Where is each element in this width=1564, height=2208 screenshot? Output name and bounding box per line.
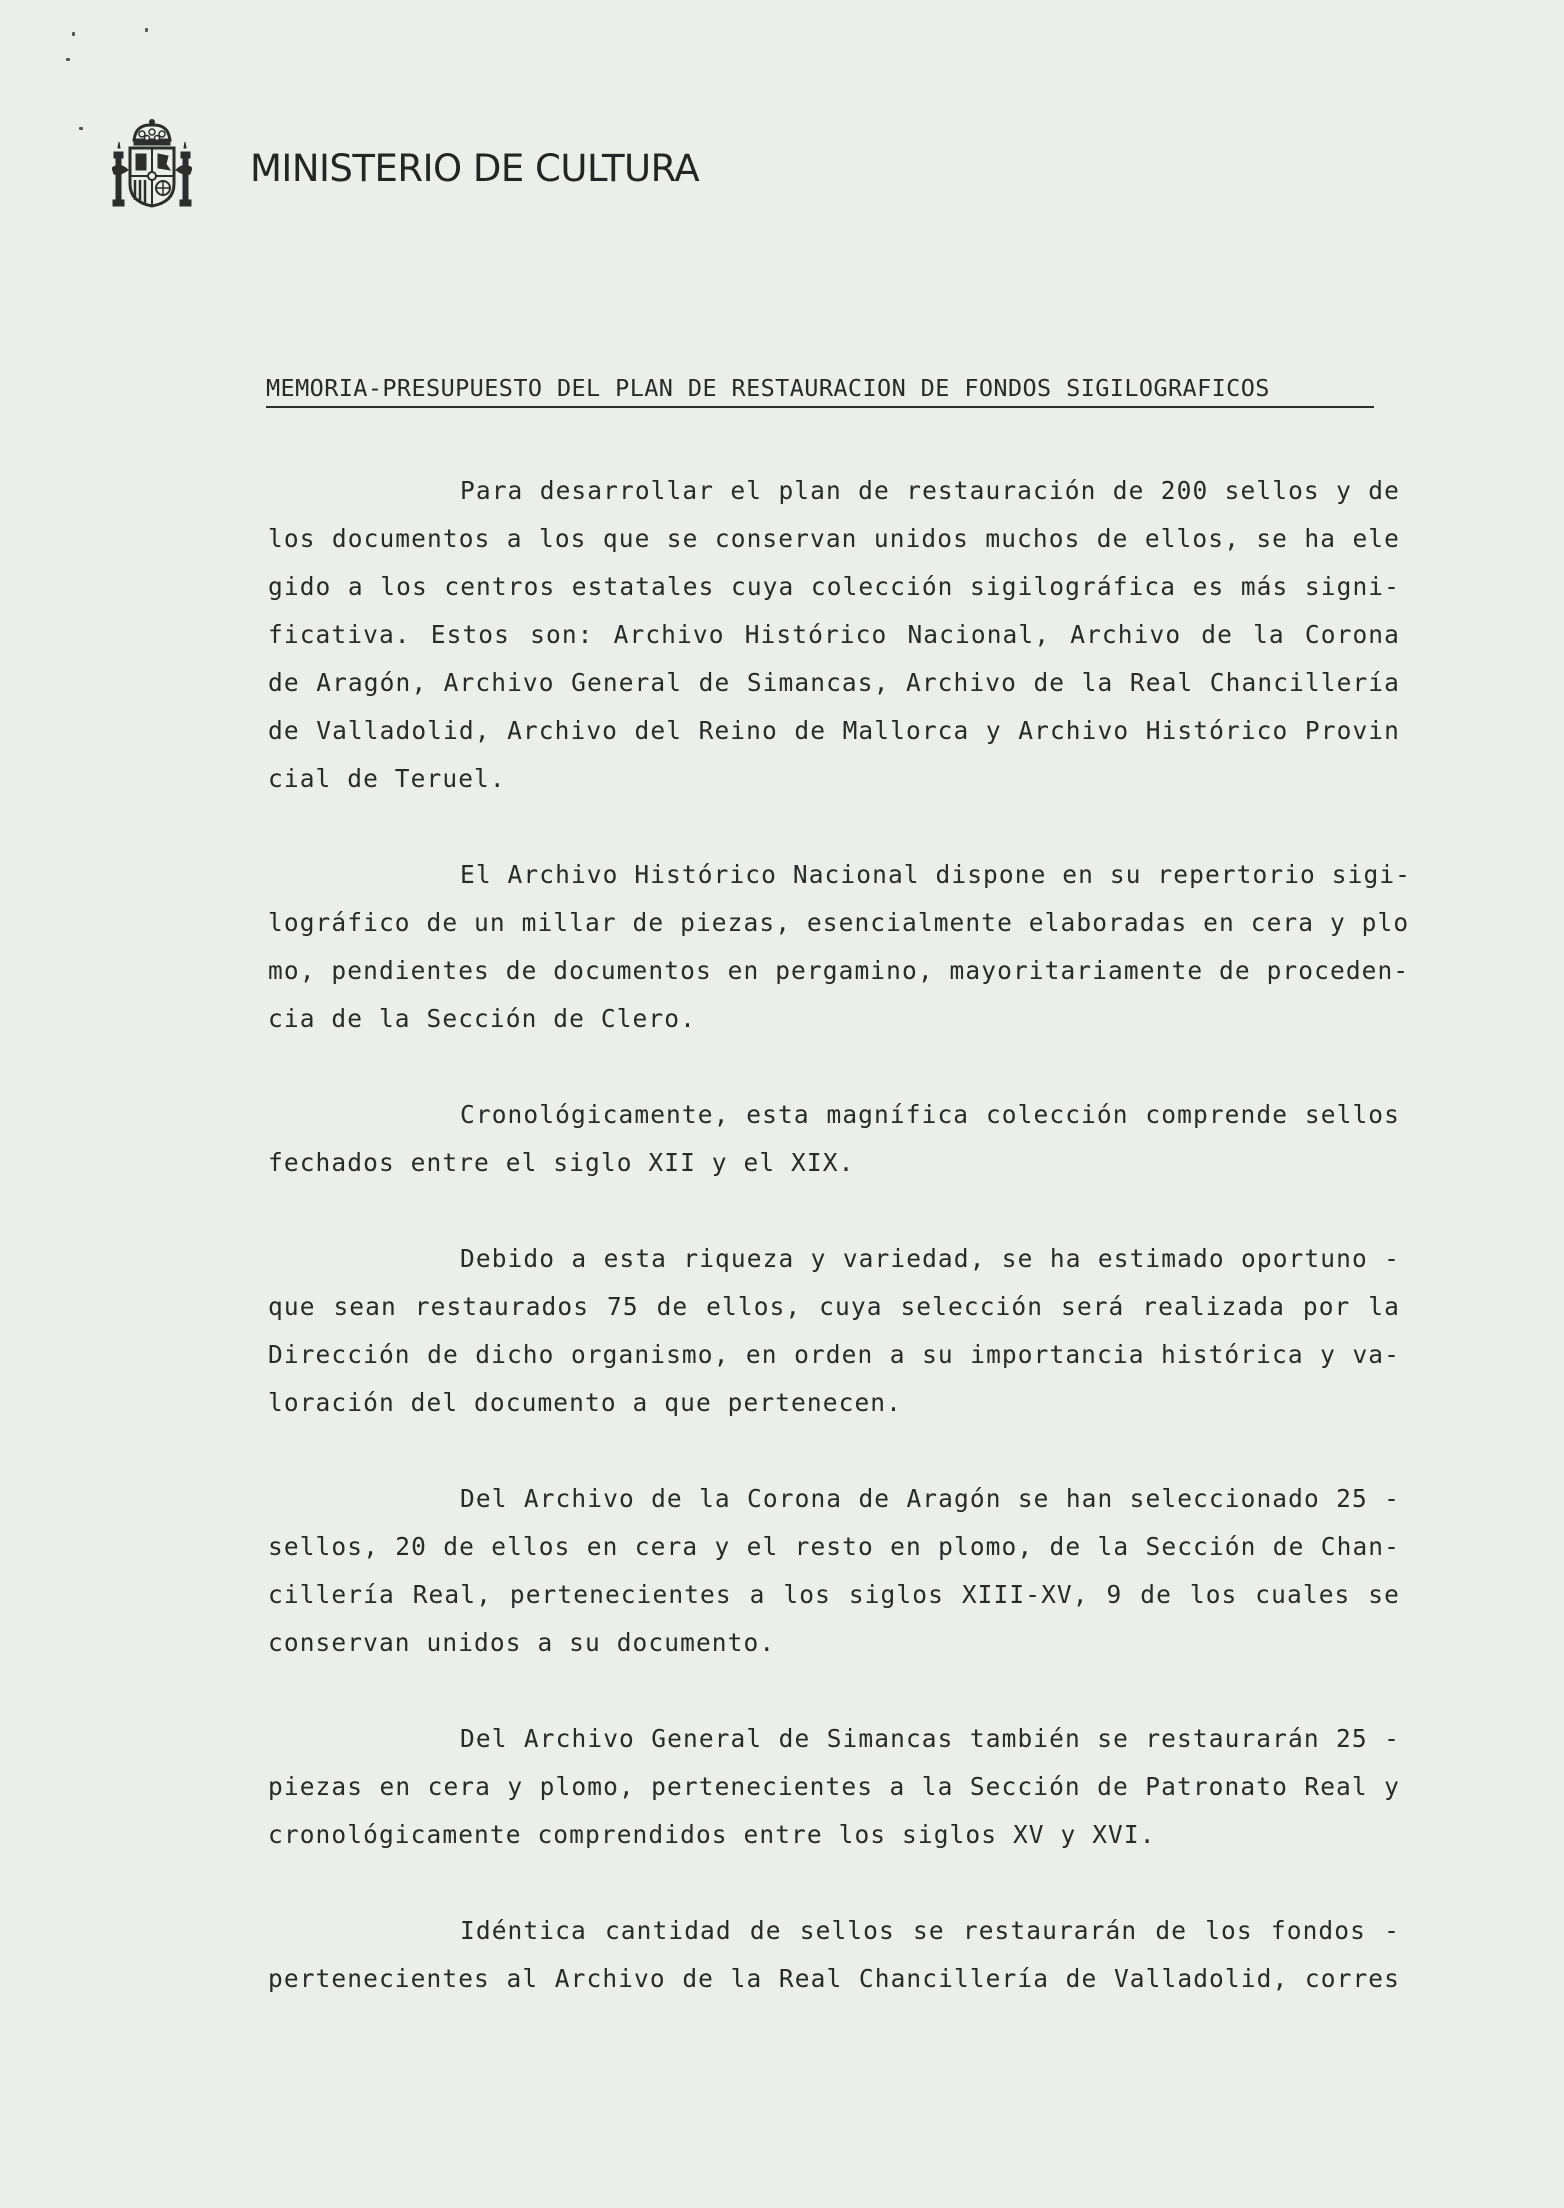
text-line: piezas en cera y plomo, pertenecientes a… [268,1763,1400,1811]
text-line: lográfico de un millar de piezas, esenci… [268,899,1400,947]
text-line: cronológicamente comprendidos entre los … [268,1811,1400,1859]
paragraph: Del Archivo General de Simancas también … [268,1715,1402,1859]
spanish-coat-of-arms-icon [112,118,192,210]
text-line: loración del documento a que pertenecen. [268,1379,1400,1427]
paragraph: Del Archivo de la Corona de Aragón se ha… [268,1475,1402,1667]
text-line: Para desarrollar el plan de restauración… [268,467,1400,515]
scan-speck [72,32,75,36]
scan-speck [145,28,148,32]
text-line: Idéntica cantidad de sellos se restaurar… [268,1907,1400,1955]
text-line: ficativa. Estos son: Archivo Histórico N… [268,611,1400,659]
text-line: que sean restaurados 75 de ellos, cuya s… [268,1283,1400,1331]
text-line: los documentos a los que se conservan un… [268,515,1400,563]
paragraph: Para desarrollar el plan de restauración… [268,467,1402,803]
scan-speck [66,58,70,61]
text-line: Del Archivo General de Simancas también … [268,1715,1400,1763]
ministry-name: MINISTERIO DE CULTURA [250,147,699,190]
document-body: Para desarrollar el plan de restauración… [268,467,1402,2051]
paragraph: Debido a esta riqueza y variedad, se ha … [268,1235,1402,1427]
text-line: fechados entre el siglo XII y el XIX. [268,1139,1400,1187]
text-line: Cronológicamente, esta magnífica colecci… [268,1091,1400,1139]
paragraph: El Archivo Histórico Nacional dispone en… [268,851,1402,1043]
document-title: MEMORIA-PRESUPUESTO DEL PLAN DE RESTAURA… [266,374,1374,408]
text-line: de Valladolid, Archivo del Reino de Mall… [268,707,1400,755]
text-line: cia de la Sección de Clero. [268,995,1400,1043]
text-line: pertenecientes al Archivo de la Real Cha… [268,1955,1400,2003]
text-line: sellos, 20 de ellos en cera y el resto e… [268,1523,1400,1571]
text-line: Debido a esta riqueza y variedad, se ha … [268,1235,1400,1283]
text-line: cillería Real, pertenecientes a los sigl… [268,1571,1400,1619]
text-line: gido a los centros estatales cuya colecc… [268,563,1400,611]
text-line: Del Archivo de la Corona de Aragón se ha… [268,1475,1400,1523]
text-line: mo, pendientes de documentos en pergamin… [268,947,1400,995]
text-line: cial de Teruel. [268,755,1400,803]
text-line: El Archivo Histórico Nacional dispone en… [268,851,1400,899]
text-line: conservan unidos a su documento. [268,1619,1400,1667]
text-line: de Aragón, Archivo General de Simancas, … [268,659,1400,707]
text-line: Dirección de dicho organismo, en orden a… [268,1331,1400,1379]
paragraph: Cronológicamente, esta magnífica colecci… [268,1091,1402,1187]
scan-speck [79,127,83,130]
paragraph: Idéntica cantidad de sellos se restaurar… [268,1907,1402,2003]
letterhead: MINISTERIO DE CULTURA [112,118,699,210]
